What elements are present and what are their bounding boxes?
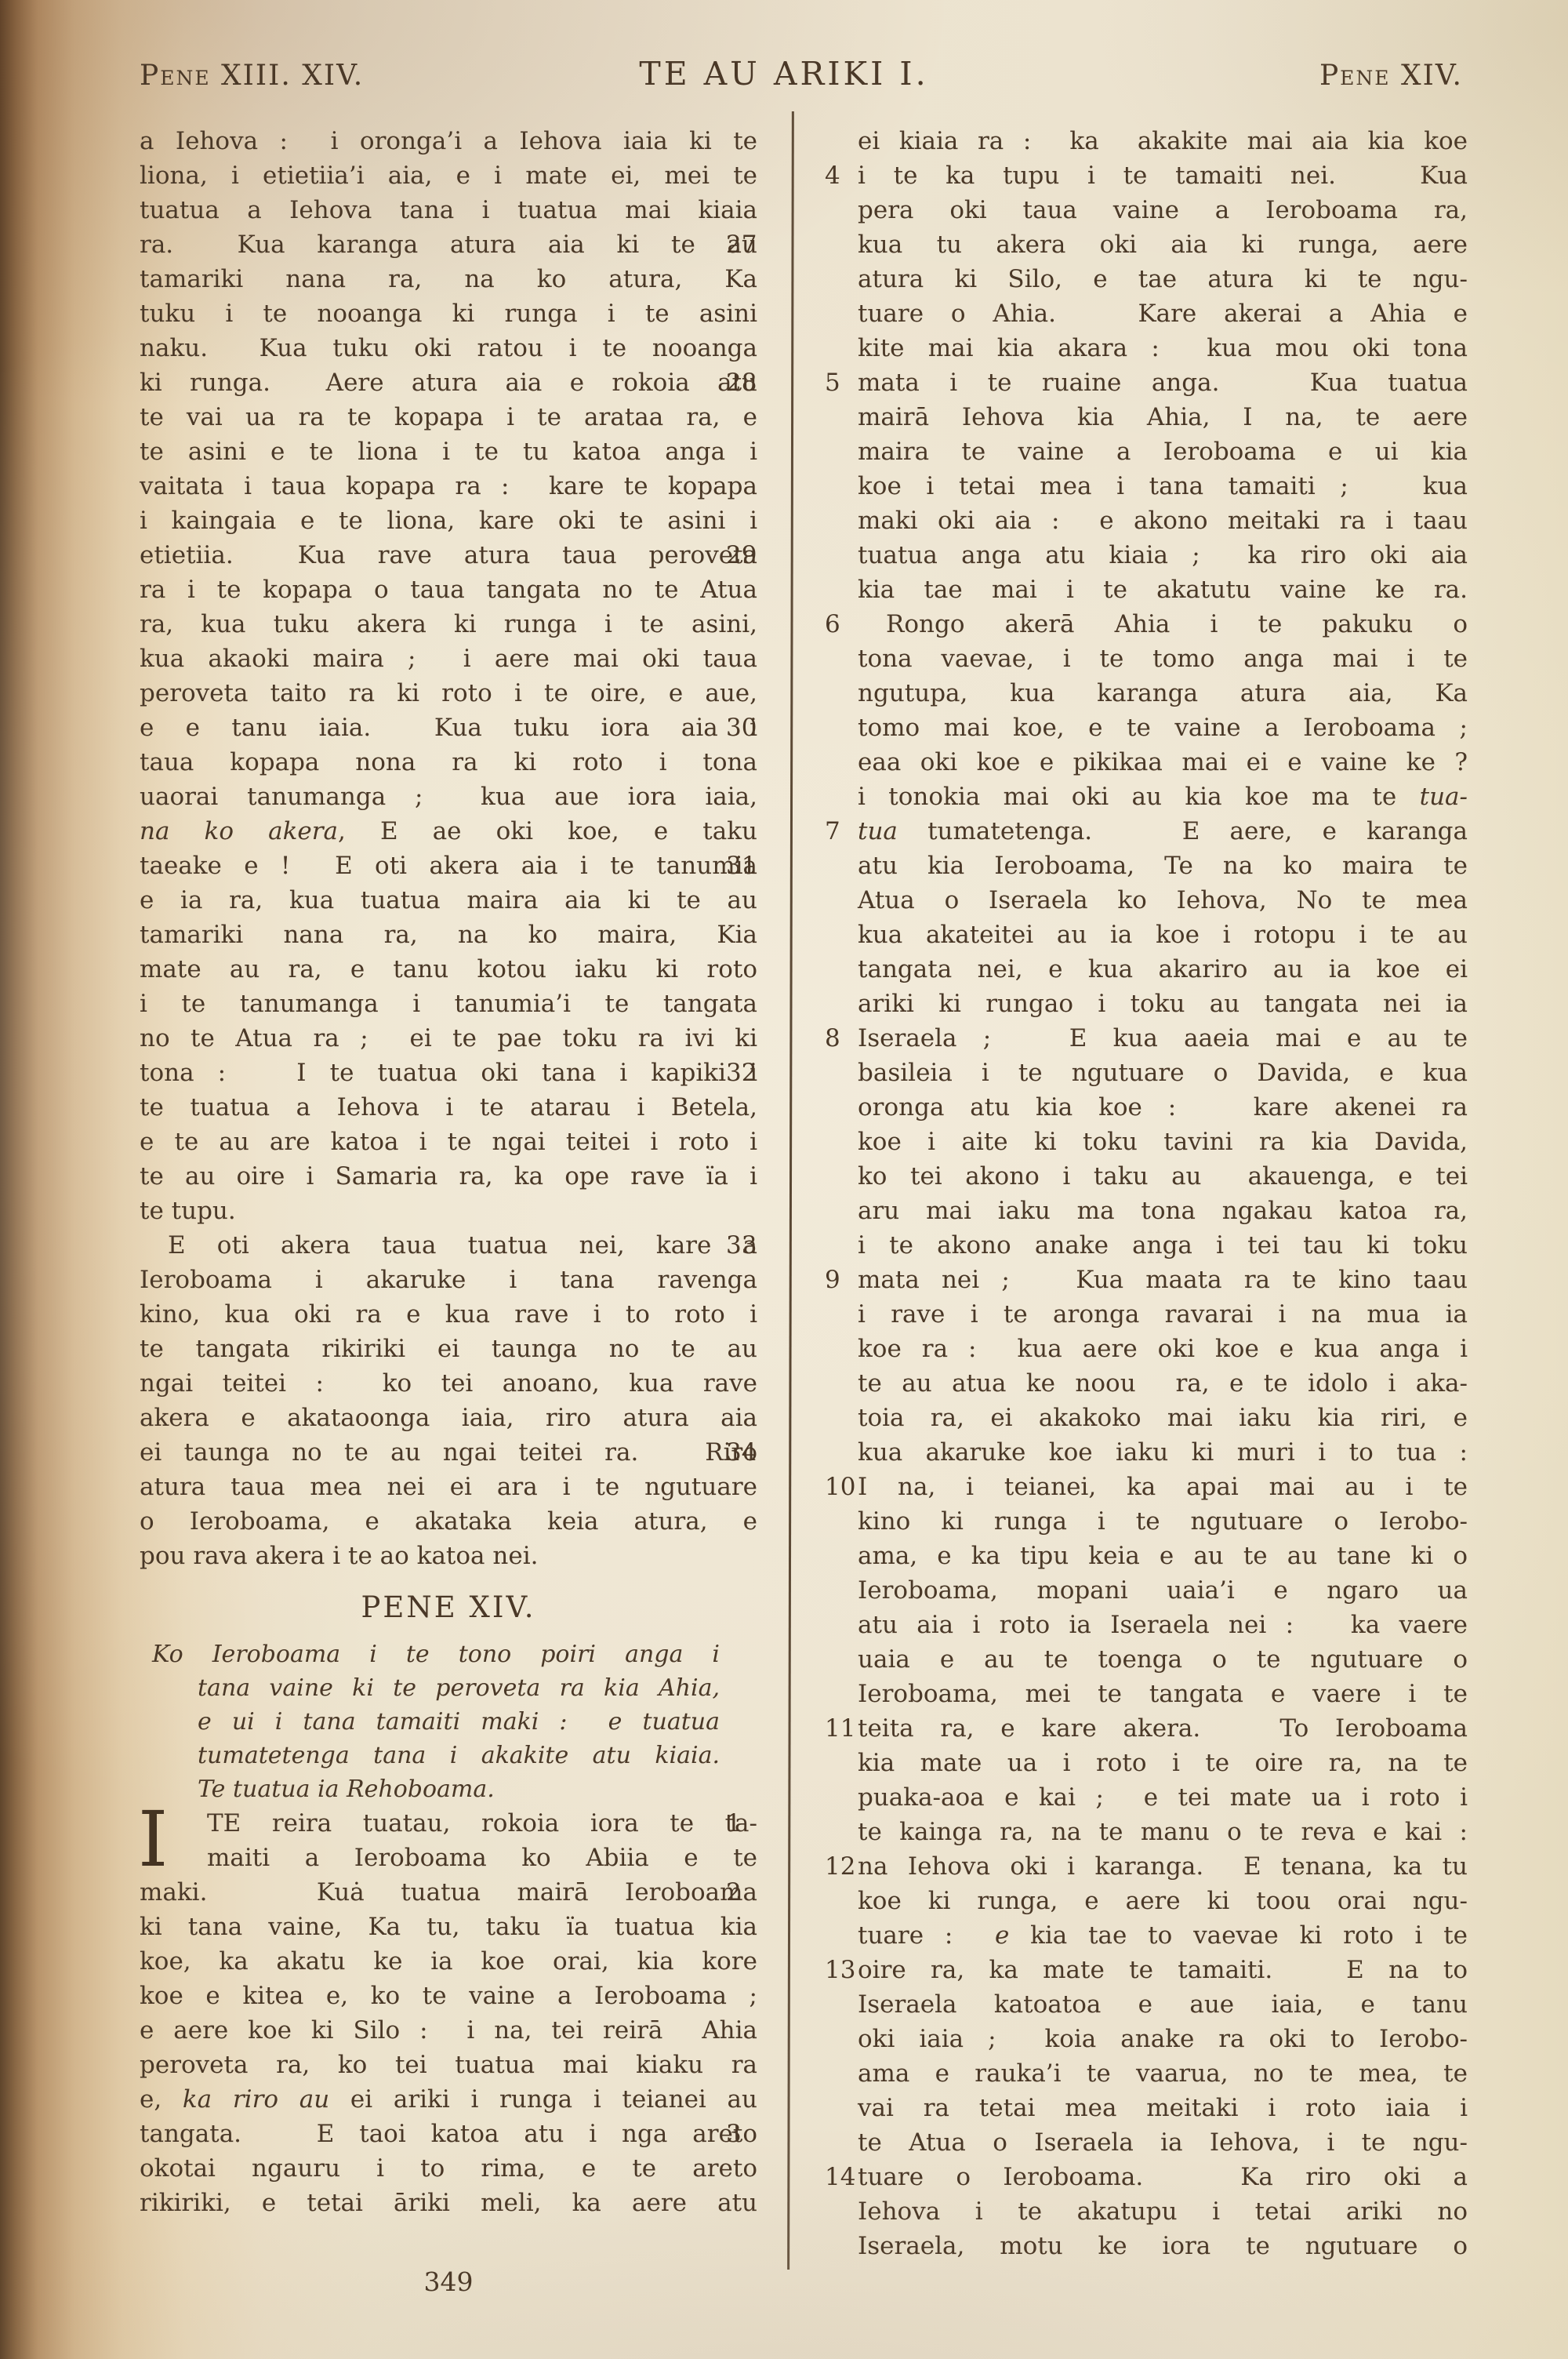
text-line: koe i aite ki toku tavini ra kia Davida, xyxy=(858,1125,1468,1159)
text-line: naku. Kua tuku oki ratou i te nooanga xyxy=(140,331,757,365)
text-line: tona : I te tuatua oki tana i kapiki i32 xyxy=(140,1056,757,1090)
running-head-right: Pene XIV. xyxy=(1319,60,1463,92)
text-line: toia ra, ei akakoko mai iaku kia riri, e xyxy=(858,1401,1468,1435)
page-number: 349 xyxy=(140,2266,757,2297)
verse-number: 9 xyxy=(825,1263,855,1297)
text-line: na Iehova oki i karanga. E tenana, ka tu… xyxy=(858,1849,1468,1884)
text-line: i tonokia mai oki au kia koe ma te tua- xyxy=(858,780,1468,814)
text-line: ra, kua tuku akera ki runga i te asini, xyxy=(140,607,757,642)
text-line: uaia e au te toenga o te ngutuare o xyxy=(858,1642,1468,1677)
text-line: oire ra, ka mate te tamaiti. E na to13 xyxy=(858,1953,1468,1987)
verse-number: 33 xyxy=(726,1228,786,1263)
text-line: i te tanumanga i tanumia’i te tangata xyxy=(140,987,757,1021)
text-line: kua tu akera oki aia ki runga, aere xyxy=(858,227,1468,262)
verse-number: 11 xyxy=(825,1711,855,1746)
text-line: ra. Kua karanga atura aia ki te au27 xyxy=(140,227,757,262)
summary-line: Te tuatua ia Rehoboama. xyxy=(152,1772,720,1806)
verse-number: 14 xyxy=(825,2160,855,2194)
text-line: te au oire i Samaria ra, ka ope rave ïa … xyxy=(140,1159,757,1194)
text-line: te tupu. xyxy=(140,1194,757,1228)
text-line: Ieroboama i akaruke i tana ravenga xyxy=(140,1263,757,1297)
text-line: ama, e ka tipu keia e au te au tane ki o xyxy=(858,1539,1468,1573)
verse-number: 12 xyxy=(825,1849,855,1884)
text-line: Ieroboama, mopani uaia’i e ngaro ua xyxy=(858,1573,1468,1608)
text-line: e ia ra, kua tuatua maira aia ki te au xyxy=(140,883,757,918)
text-line: te Atua o Iseraela ia Iehova, i te ngu- xyxy=(858,2125,1468,2160)
text-line: ki tana vaine, Ka tu, taku ïa tuatua kia xyxy=(140,1910,757,1944)
text-line: ei kiaia ra : ka akakite mai aia kia koe xyxy=(858,124,1468,158)
text-line: atura ki Silo, e tae atura ki te ngu- xyxy=(858,262,1468,296)
text-line: i rave i te aronga ravarai i na mua ia xyxy=(858,1297,1468,1332)
text-line: ama e rauka’i te vaarua, no te mea, te xyxy=(858,2056,1468,2091)
text-line: koe i tetai mea i tana tamaiti ; kua xyxy=(858,469,1468,503)
text-line: kino, kua oki ra e kua rave i to roto i xyxy=(140,1297,757,1332)
text-line: i kaingaia e te liona, kare oki te asini… xyxy=(140,503,757,538)
verse-number: 30 xyxy=(726,711,786,745)
verse-number: 7 xyxy=(825,814,855,849)
text-line: peroveta ra, ko tei tuatua mai kiaku ra xyxy=(140,2048,757,2082)
chapter-heading: PENE XIV. xyxy=(140,1590,757,1625)
verse-number: 2 xyxy=(726,1875,786,1910)
text-line: akera e akataoonga iaia, riro atura aia xyxy=(140,1401,757,1435)
text-line: tomo mai koe, e te vaine a Ieroboama ; xyxy=(858,711,1468,745)
text-line: vai ra tetai mea meitaki i roto iaia i xyxy=(858,2091,1468,2125)
text-line: TE reira tuatau, rokoia iora te ta-1 xyxy=(140,1806,757,1841)
column-divider-rule xyxy=(787,111,794,2270)
text-line: e, ka riro au ei ariki i runga i teianei… xyxy=(140,2082,757,2117)
text-line: rikiriki, e tetai āriki meli, ka aere at… xyxy=(140,2186,757,2220)
text-line: tamariki nana ra, na ko maira, Kia xyxy=(140,918,757,952)
text-line: uaorai tanumanga ; kua aue iora iaia, xyxy=(140,780,757,814)
text-line: kia tae mai i te akatutu vaine ke ra. xyxy=(858,572,1468,607)
text-line: oki iaia ; koia anake ra oki to Ierobo- xyxy=(858,2022,1468,2056)
text-line: ei taunga no te au ngai teitei ra. Riro3… xyxy=(140,1435,757,1470)
text-line: mata nei ; Kua maata ra te kino taau9 xyxy=(858,1263,1468,1297)
text-line: mata i te ruaine anga. Kua tuatua5 xyxy=(858,365,1468,400)
text-line: e e tanu iaia. Kua tuku iora aia i30 xyxy=(140,711,757,745)
text-line: pou rava akera i te ao katoa nei. xyxy=(140,1539,757,1573)
text-line: tamariki nana ra, na ko atura, Ka xyxy=(140,262,757,296)
text-line: tuare o Ahia. Kare akerai a Ahia e xyxy=(858,296,1468,331)
summary-line: e ui i tana tamaiti maki : e tuatua xyxy=(152,1705,720,1739)
text-line: tuku i te nooanga ki runga i te asini xyxy=(140,296,757,331)
text-line: pera oki taua vaine a Ieroboama ra, xyxy=(858,193,1468,227)
text-line: etietiia. Kua rave atura taua peroveta29 xyxy=(140,538,757,572)
verse-number: 28 xyxy=(726,365,786,400)
text-line: basileia i te ngutuare o Davida, e kua xyxy=(858,1056,1468,1090)
text-line: taeake e ! E oti akera aia i te tanumia3… xyxy=(140,849,757,883)
verse-number: 1 xyxy=(726,1806,786,1841)
text-line: ariki ki rungao i toku au tangata nei ia xyxy=(858,987,1468,1021)
verse-number: 8 xyxy=(825,1021,855,1056)
text-line: tuare : e kia tae to vaevae ki roto i te xyxy=(858,1918,1468,1953)
summary-line: tumatetenga tana i akakite atu kiaia. xyxy=(152,1739,720,1772)
text-line: mairā Iehova kia Ahia, I na, te aere xyxy=(858,400,1468,434)
text-line: e aere koe ki Silo : i na, tei reirā Ahi… xyxy=(140,2013,757,2048)
text-line: tangata. E taoi katoa atu i nga areto3 xyxy=(140,2117,757,2151)
text-line: maki. Kuȧ tuatua mairā Ieroboama2 xyxy=(140,1875,757,1910)
text-line: maira te vaine a Ieroboama e ui kia xyxy=(858,434,1468,469)
text-line: tua tumatetenga. E aere, e karanga7 xyxy=(858,814,1468,849)
text-line: I na, i teianei, ka apai mai au i te10 xyxy=(858,1470,1468,1504)
text-line: tuare o Ieroboama. Ka riro oki a14 xyxy=(858,2160,1468,2194)
verse-number: 32 xyxy=(726,1056,786,1090)
text-line: E oti akera taua tuatua nei, kare a33 xyxy=(140,1228,757,1263)
text-line: te tangata rikiriki ei taunga no te au xyxy=(140,1332,757,1366)
verse-number: 31 xyxy=(726,849,786,883)
text-line: atura taua mea nei ei ara i te ngutuare xyxy=(140,1470,757,1504)
verse-number: 29 xyxy=(726,538,786,572)
verse-number: 4 xyxy=(825,158,855,193)
text-line: mate au ra, e tanu kotou iaku ki roto xyxy=(140,952,757,987)
text-line: koe ki runga, e aere ki toou orai ngu- xyxy=(858,1884,1468,1918)
text-line: puaka-aoa e kai ; e tei mate ua i roto i xyxy=(858,1780,1468,1815)
text-line: te tuatua a Iehova i te atarau i Betela, xyxy=(140,1090,757,1125)
text-line: tona vaevae, i te tomo anga mai i te xyxy=(858,642,1468,676)
text-line: tuatua a Iehova tana i tuatua mai kiaia xyxy=(140,193,757,227)
text-line: i te akono anake anga i tei tau ki toku xyxy=(858,1228,1468,1263)
text-line: na ko akera, E ae oki koe, e taku xyxy=(140,814,757,849)
text-line: tangata nei, e kua akariro au ia koe ei xyxy=(858,952,1468,987)
text-line: okotai ngauru i to rima, e te areto xyxy=(140,2151,757,2186)
text-line: kua akaoki maira ; i aere mai oki taua xyxy=(140,642,757,676)
text-line: atu aia i roto ia Iseraela nei : ka vaer… xyxy=(858,1608,1468,1642)
text-line: Iseraela, motu ke iora te ngutuare o xyxy=(858,2229,1468,2263)
text-line: i te ka tupu i te tamaiti nei. Kua4 xyxy=(858,158,1468,193)
text-line: liona, i etietiia’i aia, e i mate ei, me… xyxy=(140,158,757,193)
text-line: koe ra : kua aere oki koe e kua anga i xyxy=(858,1332,1468,1366)
right-text-column: ei kiaia ra : ka akakite mai aia kia koe… xyxy=(858,124,1468,2263)
text-line: tuatua anga atu kiaia ; ka riro oki aia xyxy=(858,538,1468,572)
text-line: aru mai iaku ma tona ngakau katoa ra, xyxy=(858,1194,1468,1228)
text-line: teita ra, e kare akera. To Ieroboama11 xyxy=(858,1711,1468,1746)
text-line: peroveta taito ra ki roto i te oire, e a… xyxy=(140,676,757,711)
text-line: eaa oki koe e pikikaa mai ei e vaine ke … xyxy=(858,745,1468,780)
text-line: kua akaruke koe iaku ki muri i to tua : xyxy=(858,1435,1468,1470)
text-line: kite mai kia akara : kua mou oki tona xyxy=(858,331,1468,365)
verse-number: 10 xyxy=(825,1470,855,1504)
text-line: kua akateitei au ia koe i rotopu i te au xyxy=(858,918,1468,952)
text-line: te vai ua ra te kopapa i te arataa ra, e xyxy=(140,400,757,434)
text-line: e te au are katoa i te ngai teitei i rot… xyxy=(140,1125,757,1159)
text-line: ki runga. Aere atura aia e rokoia atu28 xyxy=(140,365,757,400)
text-line: ko tei akono i taku au akauenga, e tei xyxy=(858,1159,1468,1194)
verse-number: 27 xyxy=(726,227,786,262)
summary-line: Ko Ieroboama i te tono poiri anga i xyxy=(152,1637,720,1671)
text-line: Iseraela katoatoa e aue iaia, e tanu xyxy=(858,1987,1468,2022)
text-line: maki oki aia : e akono meitaki ra i taau xyxy=(858,503,1468,538)
text-line: te kainga ra, na te manu o te reva e kai… xyxy=(858,1815,1468,1849)
summary-line: tana vaine ki te peroveta ra kia Ahia, xyxy=(152,1671,720,1705)
text-line: kino ki runga i te ngutuare o Ierobo- xyxy=(858,1504,1468,1539)
verse-number: 3 xyxy=(726,2117,786,2151)
text-block: ITE reira tuatau, rokoia iora te ta-1mai… xyxy=(140,1806,757,2220)
text-line: maiti a Ieroboama ko Abiia e te xyxy=(140,1841,757,1875)
text-line: te au atua ke noou ra, e te idolo i aka- xyxy=(858,1366,1468,1401)
text-line: atu kia Ieroboama, Te na ko maira te xyxy=(858,849,1468,883)
text-line: ngutupa, kua karanga atura aia, Ka xyxy=(858,676,1468,711)
text-block: a Iehova : i oronga’i a Iehova iaia ki t… xyxy=(140,124,757,1573)
text-line: Atua o Iseraela ko Iehova, No te mea xyxy=(858,883,1468,918)
text-line: ngai teitei : ko tei anoano, kua rave xyxy=(140,1366,757,1401)
text-line: taua kopapa nona ra ki roto i tona xyxy=(140,745,757,780)
left-text-column: a Iehova : i oronga’i a Iehova iaia ki t… xyxy=(140,124,757,2220)
text-line: kia mate ua i roto i te oire ra, na te xyxy=(858,1746,1468,1780)
text-line: Iseraela ; E kua aaeia mai e au te8 xyxy=(858,1021,1468,1056)
text-line: oronga atu kia koe : kare akenei ra xyxy=(858,1090,1468,1125)
chapter-summary: Ko Ieroboama i te tono poiri anga itana … xyxy=(152,1637,720,1806)
text-line: Rongo akerā Ahia i te pakuku o6 xyxy=(858,607,1468,642)
text-line: koe, ka akatu ke ia koe orai, kia kore xyxy=(140,1944,757,1979)
text-line: te asini e te liona i te tu katoa anga i xyxy=(140,434,757,469)
text-line: a Iehova : i oronga’i a Iehova iaia ki t… xyxy=(140,124,757,158)
text-line: o Ieroboama, e akataka keia atura, e xyxy=(140,1504,757,1539)
text-line: ra i te kopapa o taua tangata no te Atua xyxy=(140,572,757,607)
text-line: vaitata i taua kopapa ra : kare te kopap… xyxy=(140,469,757,503)
book-page-photo: Pene XIII. XIV. TE AU ARIKI I. Pene XIV.… xyxy=(0,0,1568,2359)
text-line: Iehova i te akatupu i tetai ariki no xyxy=(858,2194,1468,2229)
verse-number: 6 xyxy=(825,607,855,642)
verse-number: 5 xyxy=(825,365,855,400)
text-line: koe e kitea e, ko te vaine a Ieroboama ; xyxy=(140,1979,757,2013)
verse-number: 13 xyxy=(825,1953,855,1987)
verse-number: 34 xyxy=(726,1435,786,1470)
text-line: Ieroboama, mei te tangata e vaere i te xyxy=(858,1677,1468,1711)
text-line: no te Atua ra ; ei te pae toku ra ivi ki xyxy=(140,1021,757,1056)
